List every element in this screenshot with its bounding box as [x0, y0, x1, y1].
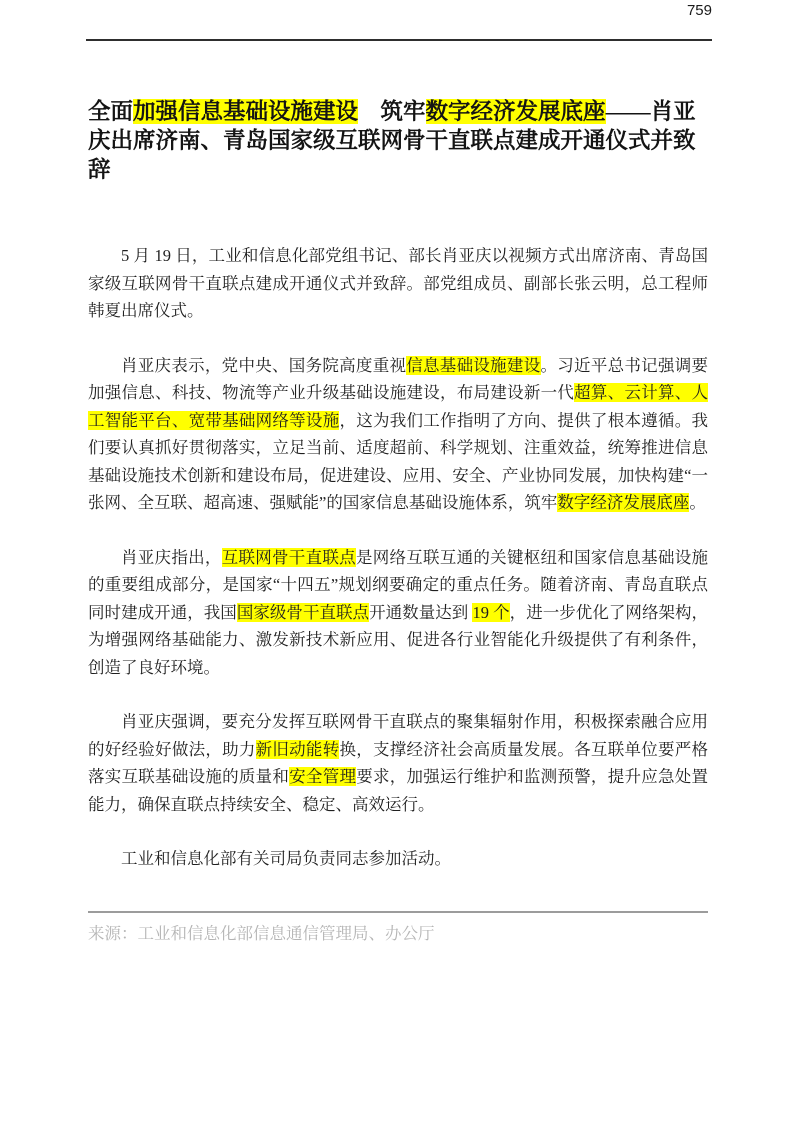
highlighted-text: 信息基础设施建设: [406, 356, 540, 375]
source-line: 来源：工业和信息化部信息通信管理局、办公厅: [88, 920, 708, 948]
article-body: 5 月 19 日，工业和信息化部党组书记、部长肖亚庆以视频方式出席济南、青岛国家…: [88, 242, 708, 873]
header-rule: [86, 39, 712, 41]
text-segment: 肖亚庆表示，党中央、国务院高度重视: [121, 356, 406, 375]
highlighted-text: 互联网骨干直联点: [222, 548, 356, 567]
article-title: 全面加强信息基础设施建设 筑牢数字经济发展底座——肖亚庆出席济南、青岛国家级互联…: [88, 97, 708, 184]
document-page: 759 全面加强信息基础设施建设 筑牢数字经济发展底座——肖亚庆出席济南、青岛国…: [0, 0, 793, 1122]
paragraph: 工业和信息化部有关司局负责同志参加活动。: [88, 845, 708, 873]
page-number: 759: [687, 2, 712, 19]
highlighted-text: 新旧动能转: [256, 740, 340, 759]
highlighted-text: 数字经济发展底座: [426, 99, 606, 124]
paragraph: 肖亚庆强调，要充分发挥互联网骨干直联点的聚集辐射作用，积极探索融合应用的好经验好…: [88, 708, 708, 818]
text-segment: 筑牢: [358, 99, 426, 124]
highlighted-text: 国家级骨干直联点: [237, 603, 369, 622]
paragraph: 肖亚庆表示，党中央、国务院高度重视信息基础设施建设。习近平总书记强调要加强信息、…: [88, 352, 708, 517]
text-segment: 5 月 19 日，工业和信息化部党组书记、部长肖亚庆以视频方式出席济南、青岛国家…: [88, 246, 708, 320]
highlighted-text: 加强信息基础设施建设: [133, 99, 358, 124]
text-segment: 开通数量达到: [369, 603, 472, 622]
article-content: 全面加强信息基础设施建设 筑牢数字经济发展底座——肖亚庆出席济南、青岛国家级互联…: [88, 97, 708, 947]
highlighted-text: 19 个: [472, 603, 509, 622]
source-rule: [88, 911, 708, 913]
text-segment: 全面: [88, 99, 133, 124]
text-segment: 肖亚庆指出，: [121, 548, 222, 567]
text-segment: 。: [689, 493, 706, 512]
text-segment: 工业和信息化部有关司局负责同志参加活动。: [121, 849, 451, 868]
paragraph: 5 月 19 日，工业和信息化部党组书记、部长肖亚庆以视频方式出席济南、青岛国家…: [88, 242, 708, 325]
paragraph: 肖亚庆指出，互联网骨干直联点是网络互联互通的关键枢纽和国家信息基础设施的重要组成…: [88, 544, 708, 682]
highlighted-text: 安全管理: [289, 767, 356, 786]
highlighted-text: 数字经济发展底座: [557, 493, 689, 512]
